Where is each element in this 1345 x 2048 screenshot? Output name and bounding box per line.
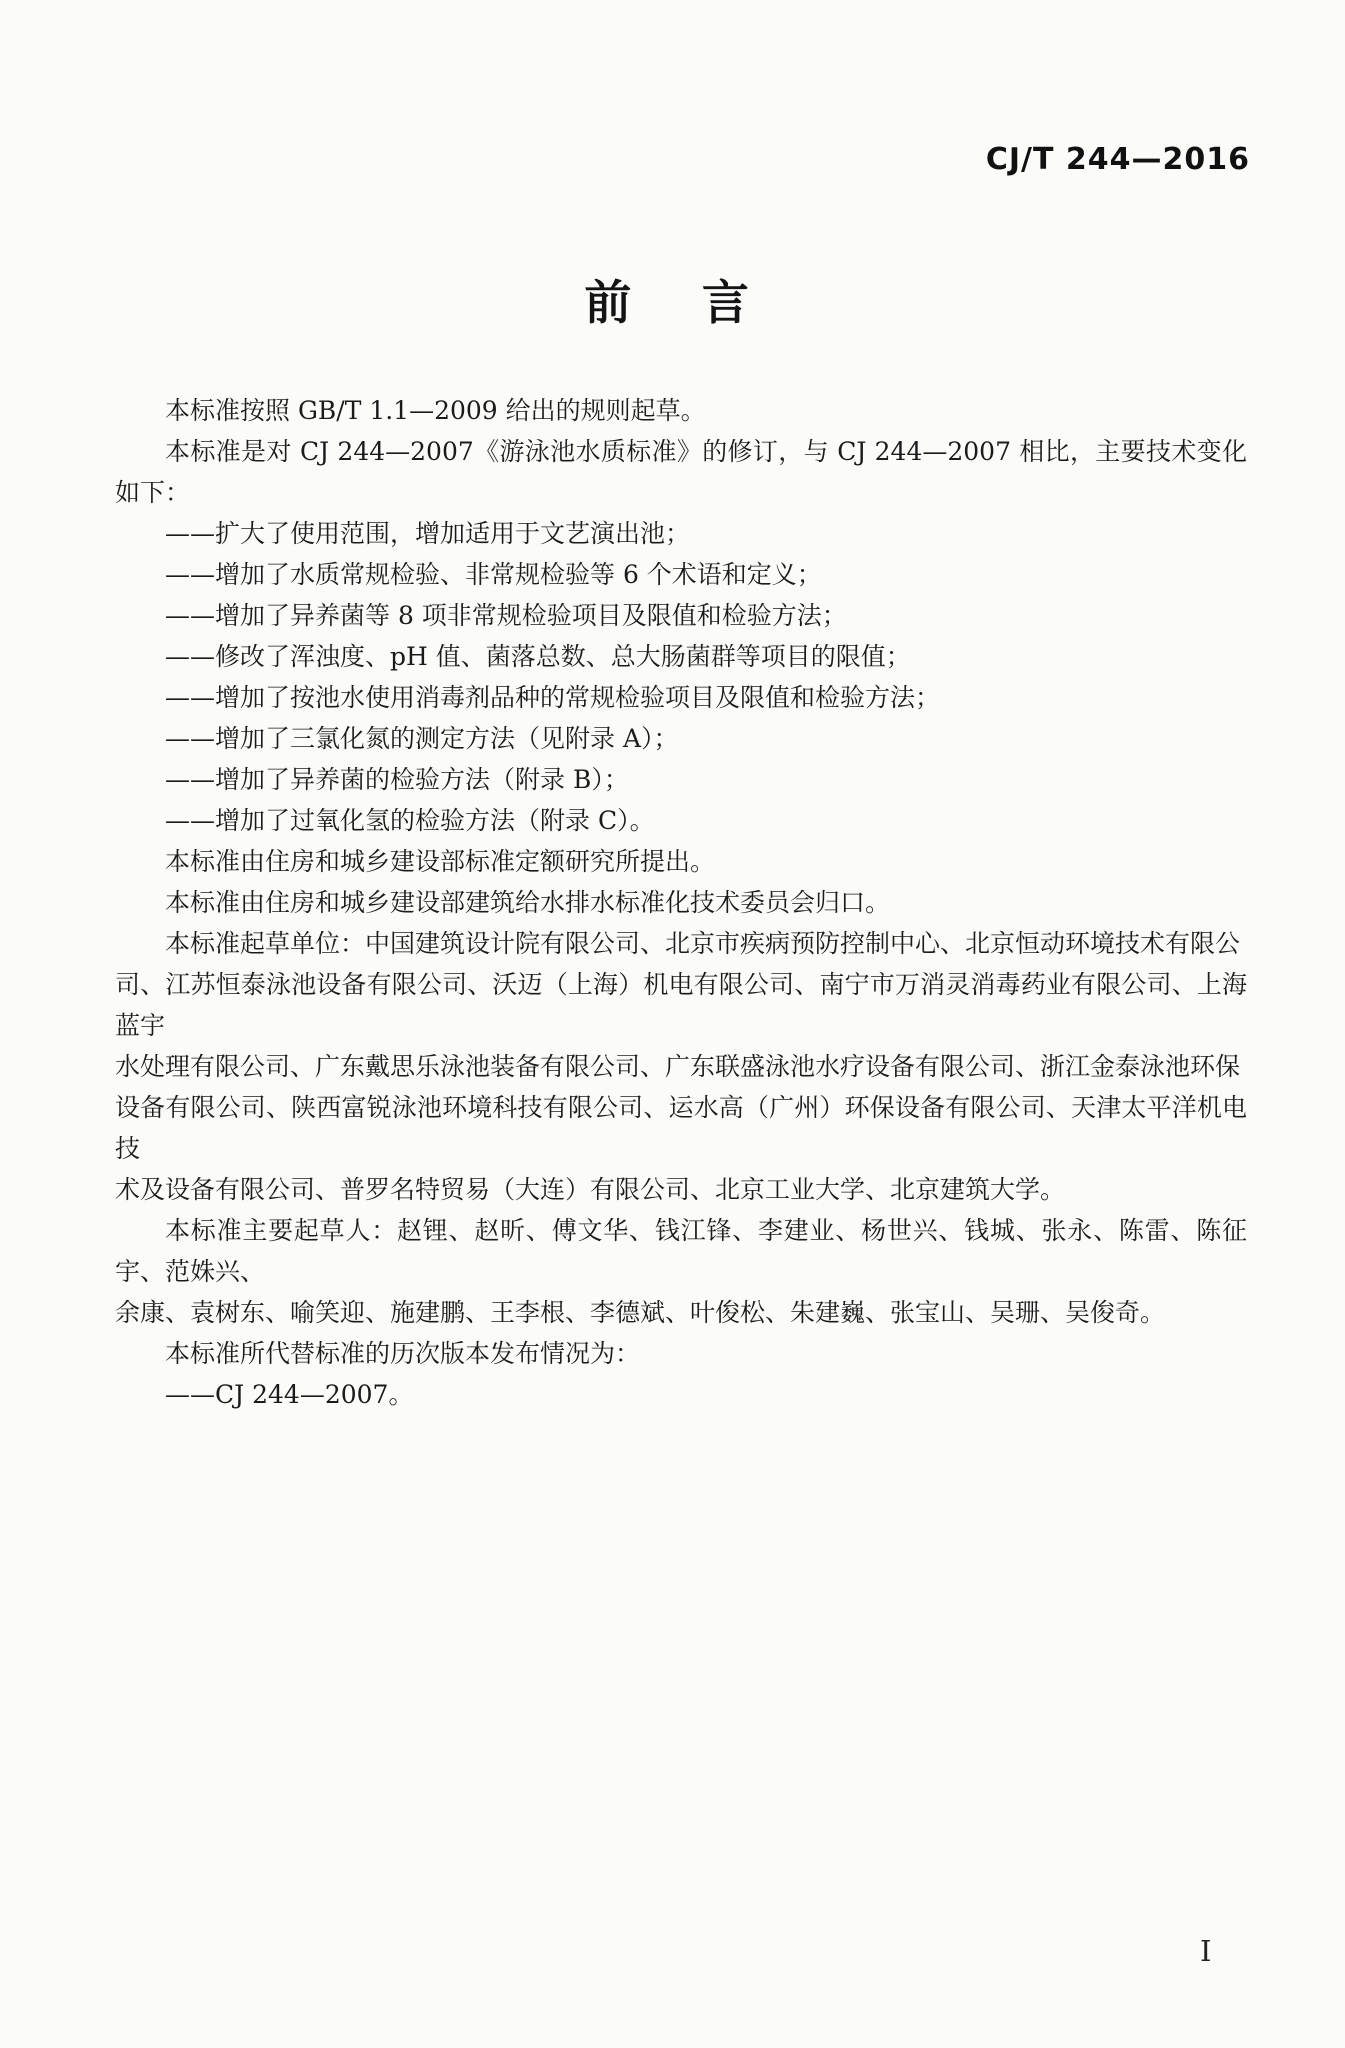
paragraph-drafters: 本标准主要起草人：赵锂、赵昕、傅文华、钱江锋、李建业、杨世兴、钱城、张永、陈雷、…: [115, 1210, 1247, 1333]
standard-code: CJ/T 244—2016: [986, 142, 1250, 177]
change-item-appendix-a: ——增加了三氯化氮的测定方法（见附录 A）；: [115, 718, 1247, 759]
change-item-nonroutine-items: ——增加了异养菌等 8 项非常规检验项目及限值和检验方法；: [115, 595, 1247, 636]
page-title: 前 言: [0, 266, 1345, 333]
paragraph-proposed-by: 本标准由住房和城乡建设部标准定额研究所提出。: [115, 841, 1247, 882]
change-item-appendix-b: ——增加了异养菌的检验方法（附录 B）；: [115, 759, 1247, 800]
document-page: CJ/T 244—2016 前 言 本标准按照 GB/T 1.1—2009 给出…: [0, 0, 1345, 2048]
paragraph-drafting-basis: 本标准按照 GB/T 1.1—2009 给出的规则起草。: [115, 390, 1247, 431]
change-item-disinfectant-items: ——增加了按池水使用消毒剂品种的常规检验项目及限值和检验方法；: [115, 677, 1247, 718]
paragraph-revision-intro: 本标准是对 CJ 244—2007《游泳池水质标准》的修订，与 CJ 244—2…: [115, 431, 1247, 513]
change-item-appendix-c: ——增加了过氧化氢的检验方法（附录 C）。: [115, 800, 1247, 841]
change-item-scope: ——扩大了使用范围，增加适用于文艺演出池；: [115, 513, 1247, 554]
history-item-cj244-2007: ——CJ 244—2007。: [115, 1374, 1247, 1415]
change-item-limits-modified: ——修改了浑浊度、pH 值、菌落总数、总大肠菌群等项目的限值；: [115, 636, 1247, 677]
change-item-terms: ——增加了水质常规检验、非常规检验等 6 个术语和定义；: [115, 554, 1247, 595]
paragraph-drafting-units: 本标准起草单位：中国建筑设计院有限公司、北京市疾病预防控制中心、北京恒动环境技术…: [115, 923, 1247, 1210]
page-number: I: [1200, 1934, 1211, 1968]
paragraph-centralized-by: 本标准由住房和城乡建设部建筑给水排水标准化技术委员会归口。: [115, 882, 1247, 923]
foreword-body: 本标准按照 GB/T 1.1—2009 给出的规则起草。 本标准是对 CJ 24…: [115, 390, 1247, 1415]
paragraph-history-intro: 本标准所代替标准的历次版本发布情况为：: [115, 1333, 1247, 1374]
